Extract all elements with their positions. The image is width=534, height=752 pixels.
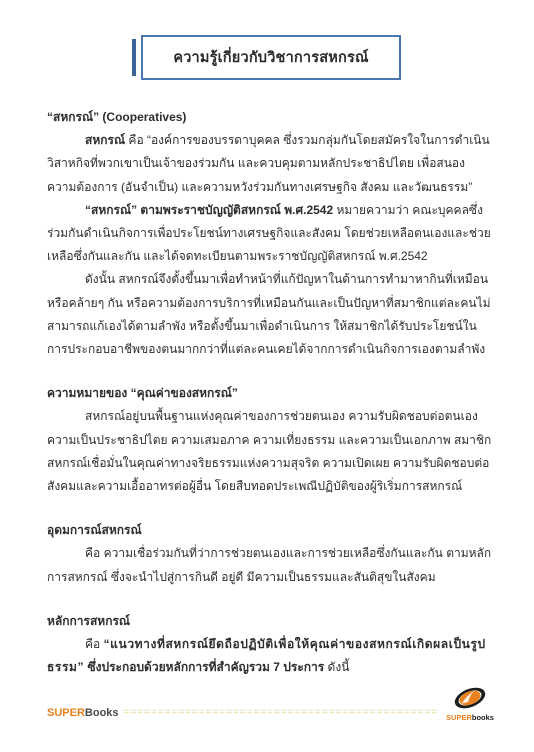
footer-divider-dashes: ========================================… — [124, 707, 437, 722]
footer-brand-left: SUPERBooks — [47, 707, 119, 722]
page-footer: SUPERBooks =============================… — [47, 684, 498, 722]
paragraph-principles: คือ “แนวทางที่สหกรณ์ยึดถือปฏิบัติเพื่อให… — [47, 633, 492, 679]
section-heading-ideology: อุดมการณ์สหกรณ์ — [47, 519, 492, 542]
title-accent-bar — [132, 39, 136, 76]
footer-logo: SUPERbooks — [442, 684, 498, 722]
title-box: ความรู้เกี่ยวกับวิชาการสหกรณ์ — [141, 35, 401, 80]
paragraph-ideology: คือ ความเชื่อร่วมกันที่ว่าการช่วยตนเองแล… — [47, 542, 492, 588]
section-heading-values: ความหมายของ “คุณค่าของสหกรณ์” — [47, 382, 492, 405]
act-lead-bold: “สหกรณ์” ตามพระราชบัญญัติสหกรณ์ พ.ศ.2542 — [85, 203, 333, 217]
footer-brand-books: Books — [85, 707, 119, 719]
page-title: ความรู้เกี่ยวกับวิชาการสหกรณ์ — [173, 46, 368, 69]
section-heading-cooperatives: “สหกรณ์” (Cooperatives) — [47, 106, 492, 129]
footer-logo-super: SUPER — [446, 713, 472, 722]
paragraph-definition: สหกรณ์ คือ “องค์การของบรรดาบุคคล ซึ่งรวม… — [47, 129, 492, 199]
footer-brand-super: SUPER — [47, 707, 85, 719]
principles-lead: คือ — [85, 637, 104, 651]
definition-lead-bold: สหกรณ์ — [85, 133, 125, 147]
footer-logo-text: SUPERbooks — [446, 713, 494, 722]
document-body: “สหกรณ์” (Cooperatives) สหกรณ์ คือ “องค์… — [47, 106, 492, 679]
paragraph-purpose: ดังนั้น สหกรณ์จึงตั้งขึ้นมาเพื่อทำหน้าที… — [47, 268, 492, 361]
paragraph-cooperative-act: “สหกรณ์” ตามพระราชบัญญัติสหกรณ์ พ.ศ.2542… — [47, 199, 492, 269]
principles-tail: ดังนี้ — [324, 660, 349, 674]
document-page: ความรู้เกี่ยวกับวิชาการสหกรณ์ “สหกรณ์” (… — [0, 0, 534, 752]
section-heading-principles: หลักการสหกรณ์ — [47, 610, 492, 633]
swirl-book-logo-icon — [450, 684, 490, 712]
principles-mid-bold: ซึ่งประกอบด้วยหลักการที่สำคัญรวม 7 ประกา… — [84, 660, 324, 674]
paragraph-values: สหกรณ์อยู่บนพื้นฐานแห่งคุณค่าของการช่วยต… — [47, 405, 492, 498]
footer-logo-books: books — [472, 713, 494, 722]
